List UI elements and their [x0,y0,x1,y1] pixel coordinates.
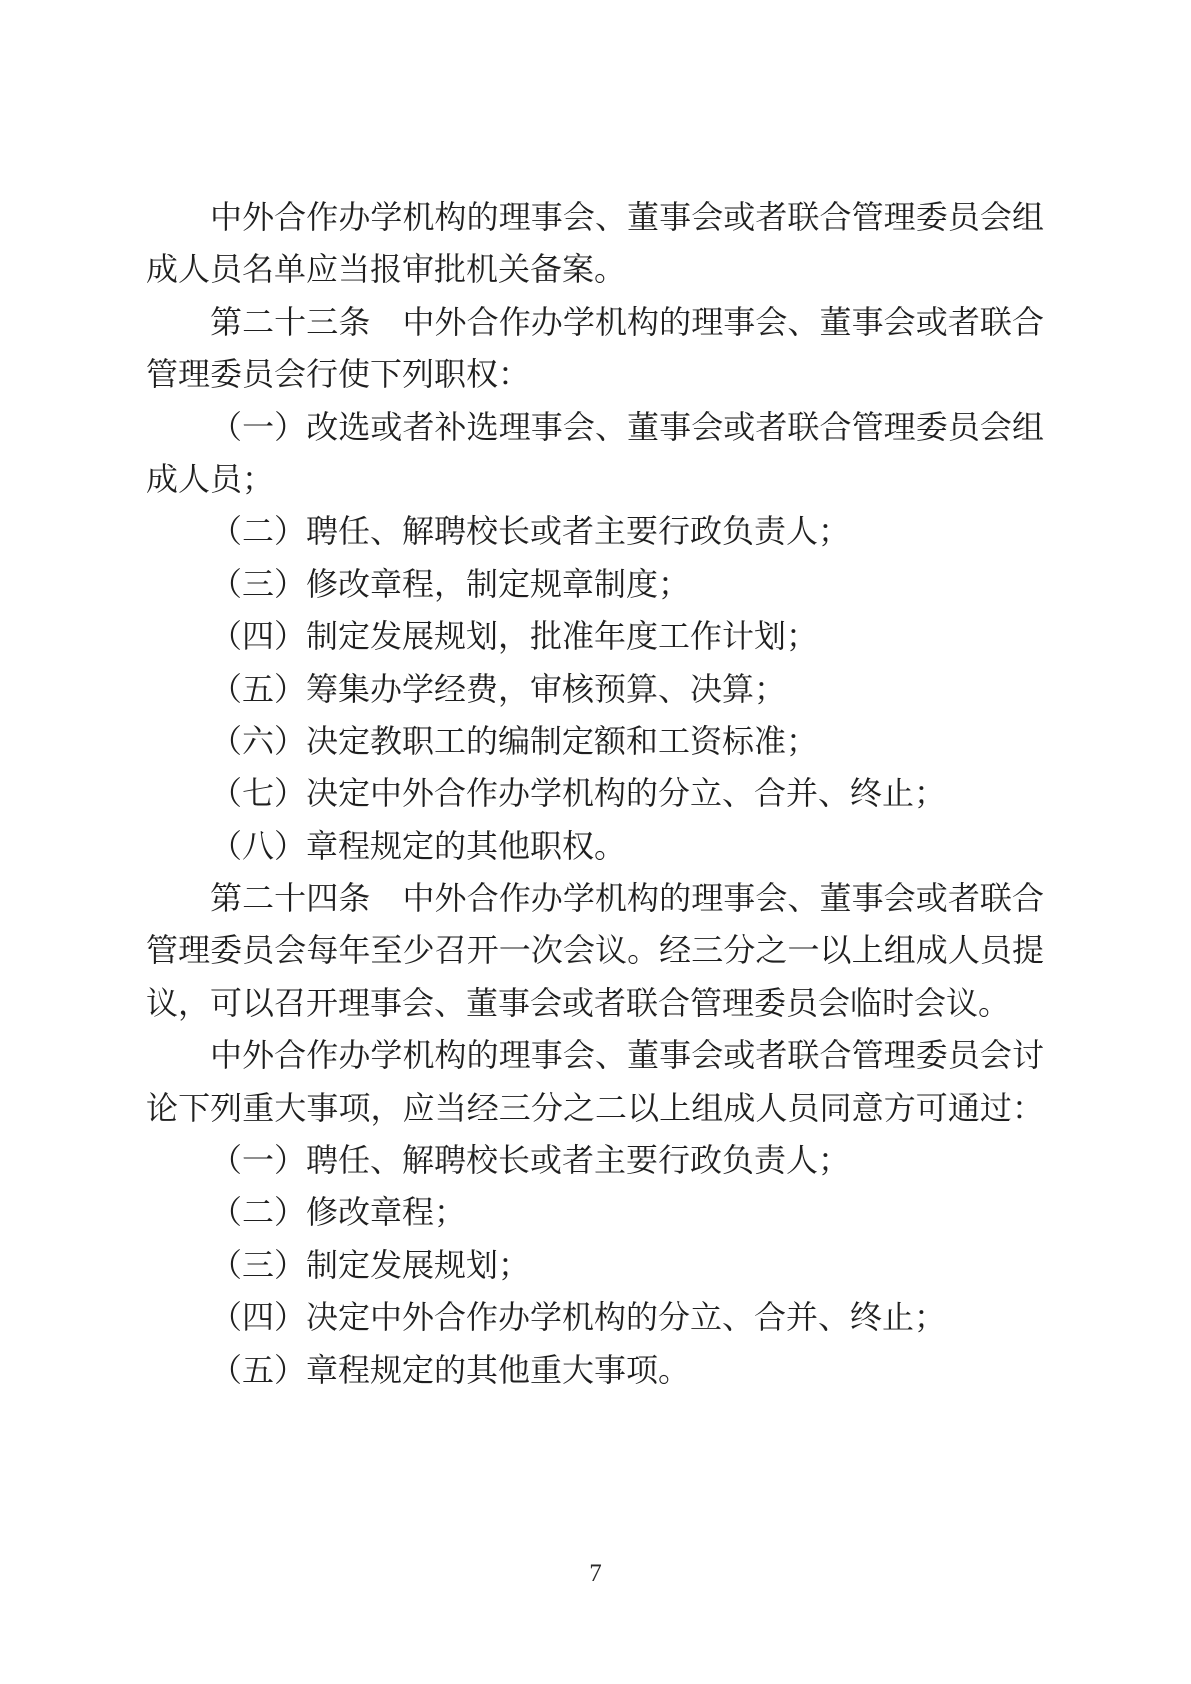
text-line: 成人员； [146,453,1044,505]
text-line: （八）章程规定的其他职权。 [146,820,1044,872]
text-line: （五）章程规定的其他重大事项。 [146,1344,1044,1396]
document-page: 中外合作办学机构的理事会、董事会或者联合管理委员会组成人员名单应当报审批机关备案… [0,0,1191,1684]
text-line: 成人员名单应当报审批机关备案。 [146,243,1044,295]
text-line: 中外合作办学机构的理事会、董事会或者联合管理委员会讨 [146,1029,1044,1081]
text-line: 议，可以召开理事会、董事会或者联合管理委员会临时会议。 [146,977,1044,1029]
text-line: （三）修改章程，制定规章制度； [146,558,1044,610]
text-line: （五）筹集办学经费，审核预算、决算； [146,663,1044,715]
document-body: 中外合作办学机构的理事会、董事会或者联合管理委员会组成人员名单应当报审批机关备案… [146,191,1044,1396]
text-line: 第二十三条 中外合作办学机构的理事会、董事会或者联合 [146,296,1044,348]
page-number: 7 [0,1556,1191,1592]
text-line: （四）制定发展规划，批准年度工作计划； [146,610,1044,662]
text-line: 第二十四条 中外合作办学机构的理事会、董事会或者联合 [146,872,1044,924]
text-line: （一）聘任、解聘校长或者主要行政负责人； [146,1134,1044,1186]
text-line: 管理委员会每年至少召开一次会议。经三分之一以上组成人员提 [146,924,1044,976]
text-line: （一）改选或者补选理事会、董事会或者联合管理委员会组 [146,401,1044,453]
text-line: （七）决定中外合作办学机构的分立、合并、终止； [146,767,1044,819]
text-line: （四）决定中外合作办学机构的分立、合并、终止； [146,1291,1044,1343]
text-line: （三）制定发展规划； [146,1239,1044,1291]
text-line: （二）修改章程； [146,1186,1044,1238]
text-line: 管理委员会行使下列职权： [146,348,1044,400]
text-line: （六）决定教职工的编制定额和工资标准； [146,715,1044,767]
text-line: 论下列重大事项，应当经三分之二以上组成人员同意方可通过： [146,1082,1044,1134]
text-line: （二）聘任、解聘校长或者主要行政负责人； [146,505,1044,557]
text-line: 中外合作办学机构的理事会、董事会或者联合管理委员会组 [146,191,1044,243]
